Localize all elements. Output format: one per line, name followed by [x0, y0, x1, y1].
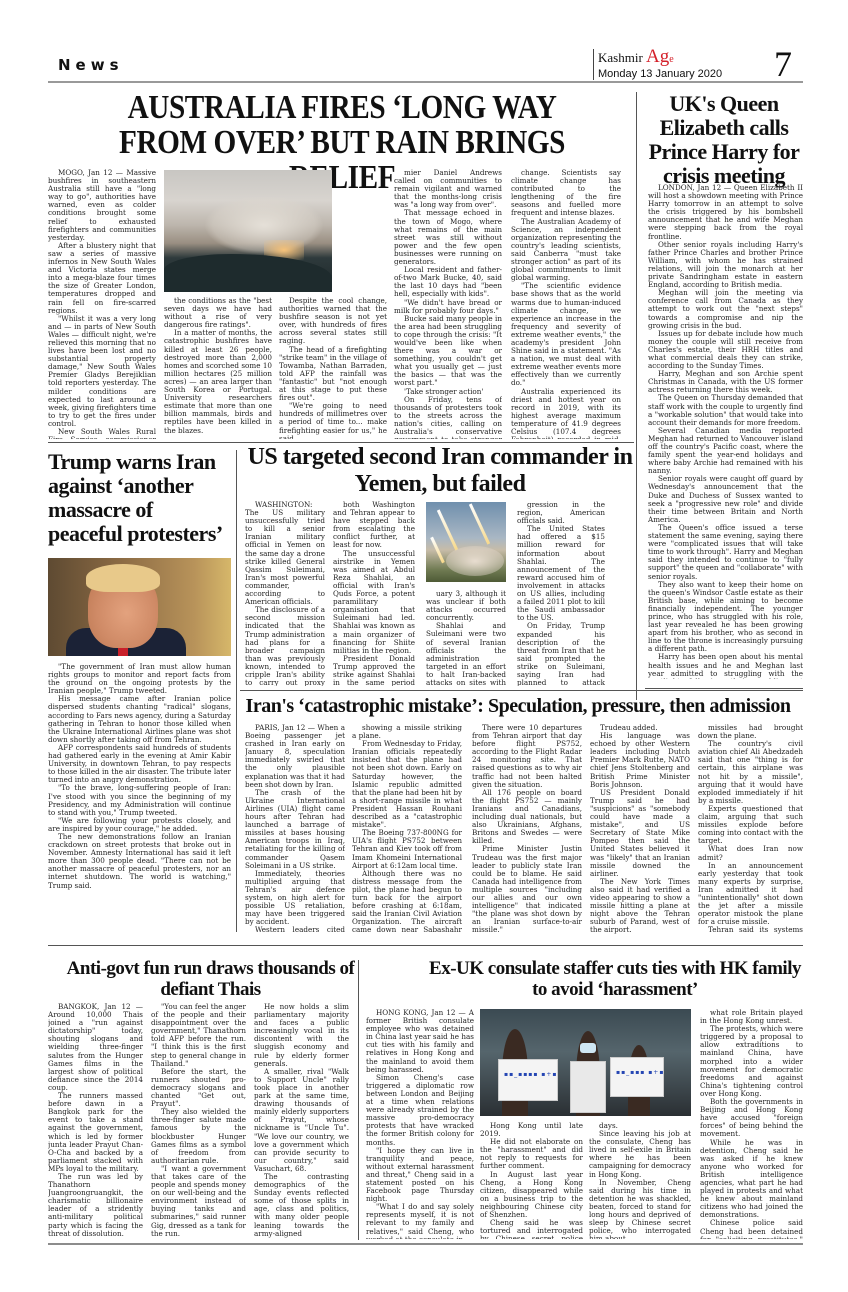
- section-divider: [48, 442, 634, 443]
- paragraph: "Whilst it was a very long and — in part…: [48, 315, 156, 428]
- paragraph: They also want to keep their home on the…: [648, 581, 803, 654]
- hk-column-3: days. Since leaving his job at the consu…: [589, 1122, 691, 1239]
- paragraph: The Boeing 737-800NG for UIA's flight PS…: [352, 829, 462, 869]
- paragraph: PARIS, Jan 12 — When a Boeing passenger …: [245, 724, 345, 789]
- paragraph: His language was echoed by other Western…: [590, 732, 690, 789]
- paragraph: That message echoed in the town of Mogo,…: [394, 209, 502, 266]
- paragraph: In November, Cheng said during his time …: [589, 1179, 691, 1239]
- paragraph: The unsuccessful airstrike in Yemen was …: [333, 550, 415, 655]
- brand-block: Kashmir Age Monday 13 January 2020: [593, 49, 722, 80]
- paragraph: He did not elaborate on the "harassment"…: [480, 1138, 583, 1170]
- section-divider: [240, 690, 803, 691]
- subheading: What does Iran now admit?: [698, 845, 803, 861]
- paragraph: In a matter of months, the catastrophic …: [164, 329, 272, 434]
- paragraph: Both the governments in Beijing and Hong…: [700, 1098, 803, 1138]
- queen-article-body: LONDON, Jan 12 — Queen Elizabeth II will…: [648, 184, 803, 679]
- logo-text-age: Ag: [646, 46, 669, 67]
- paragraph: On Friday, Trump expanded his descriptio…: [517, 622, 605, 686]
- yemen-headline: US targeted second Iran commander in Yem…: [240, 444, 640, 498]
- paragraph: showing a missile striking a plane.: [352, 724, 462, 740]
- paragraph: LONDON, Jan 12 — Queen Elizabeth II will…: [648, 184, 803, 241]
- iran-column-5: missiles had brought down the plane. The…: [698, 724, 803, 934]
- page-bottom-rule: [48, 1243, 803, 1245]
- column-divider: [358, 960, 359, 1240]
- hk-column-2: Hong Kong until late 2019. He did not el…: [480, 1122, 583, 1239]
- logo-text-kashmir: Kashmir: [598, 50, 643, 65]
- paragraph: All 176 people on board the flight PS752…: [472, 789, 582, 846]
- paragraph: Prime Minister Justin Trudeau was the fi…: [472, 845, 582, 934]
- paragraph: "The government of Iran must allow human…: [48, 663, 231, 695]
- paragraph: Several Canadian media reported Meghan h…: [648, 427, 803, 476]
- paragraph: The head of a firefighting "strike team"…: [279, 346, 387, 403]
- masthead-rule: [48, 81, 803, 83]
- section-divider: [645, 688, 803, 689]
- paragraph: "We are following your protests closely,…: [48, 817, 231, 833]
- paragraph: Hong Kong until late 2019.: [480, 1122, 583, 1138]
- paragraph: Tehran said its systems had been on high…: [698, 926, 803, 934]
- thai-headline: Anti-govt fun run draws thousands of def…: [48, 958, 373, 1000]
- paragraph: Shahlai and Suleimani were two of severa…: [426, 622, 506, 686]
- paragraph: The Queen's office issued a terse statem…: [648, 524, 803, 581]
- paragraph: "The scientific evidence base shows that…: [511, 282, 621, 387]
- thai-column-1: BANGKOK, Jan 12 — Around 10,000 Thais jo…: [48, 1003, 143, 1238]
- trump-article-body: "The government of Iran must allow human…: [48, 663, 231, 933]
- newspaper-logo: Kashmir Age: [598, 49, 722, 68]
- thai-column-3: He now holds a slim parliamentary majori…: [254, 1003, 349, 1238]
- paragraph: Cheng said he was tortured and interroga…: [480, 1219, 583, 1239]
- paragraph: While he was in detention, Cheng said he…: [700, 1139, 803, 1220]
- paragraph: "We're going to need hundreds of millime…: [279, 402, 387, 439]
- paragraph: Simon Cheng's case triggered a diplomati…: [366, 1074, 474, 1147]
- paragraph: The run was led by Thanathorn Juangroong…: [48, 1173, 143, 1238]
- paragraph: "I hope they can live in tranquility and…: [366, 1147, 474, 1204]
- paragraph: Although there was no distress message f…: [352, 870, 462, 934]
- paragraph: Other senior royals including Harry's fa…: [648, 241, 803, 290]
- paragraph: missiles had brought down the plane.: [698, 724, 803, 740]
- hk-column-1: HONG KONG, Jan 12 — A former British con…: [366, 1009, 474, 1239]
- missile-launch-photo: [426, 502, 506, 582]
- paragraph: The disclosure of a second mission indic…: [245, 606, 325, 686]
- paragraph: The new demonstrations follow an Iranian…: [48, 833, 231, 890]
- paragraph: MOGO, Jan 12 — Massive bushfires in sout…: [48, 169, 156, 242]
- paragraph: gression in the region, American officia…: [517, 501, 605, 525]
- paragraph: Since leaving his job at the consulate, …: [589, 1130, 691, 1179]
- australia-column-2: the conditions as the "best seven days w…: [164, 297, 272, 439]
- paragraph: Meghan will join the meeting via confere…: [648, 289, 803, 329]
- queen-headline: UK's Queen Elizabeth calls Prince Harry …: [645, 92, 803, 188]
- paragraph: The Australian Academy of Science, an in…: [511, 218, 621, 283]
- australia-column-4: mier Daniel Andrews called on communitie…: [394, 169, 502, 439]
- paragraph: On Friday, tens of thousands of proteste…: [394, 396, 502, 439]
- paragraph: "I want a government that takes care of …: [151, 1165, 246, 1238]
- iran-column-1: PARIS, Jan 12 — When a Boeing passenger …: [245, 724, 345, 934]
- paragraph: BANGKOK, Jan 12 — Around 10,000 Thais jo…: [48, 1003, 143, 1092]
- hk-protest-photo: ▪▪_▪▪▪▪ ▪+▪ ▪▪_▪▪▪ ▪+▪: [480, 1009, 691, 1116]
- paragraph: change. Scientists say climate change ha…: [511, 169, 621, 218]
- column-divider: [636, 92, 637, 700]
- hk-headline: Ex-UK consulate staffer cuts ties with H…: [420, 958, 810, 1000]
- iran-column-2: showing a missile striking a plane. From…: [352, 724, 462, 934]
- paragraph: His message came after Iranian police di…: [48, 695, 231, 744]
- paragraph: The Queen on Thursday demanded that staf…: [648, 394, 803, 426]
- paragraph: Experts questioned that claim, arguing t…: [698, 805, 803, 845]
- iran-mistake-headline: Iran's ‘catastrophic mistake’: Speculati…: [232, 694, 804, 718]
- yemen-column-3: uary 3, although it was unclear if both …: [426, 590, 506, 686]
- paragraph: both Washington and Tehran appear to hav…: [333, 501, 415, 550]
- yemen-column-1: WASHINGTON: The US military unsuccessful…: [245, 501, 325, 686]
- page-number: 7: [774, 46, 792, 82]
- paragraph: Harry, Meghan and son Archie spent Chris…: [648, 370, 803, 394]
- iran-column-4: Trudeau added. His language was echoed b…: [590, 724, 690, 934]
- australia-column-5: change. Scientists say climate change ha…: [511, 169, 621, 439]
- logo-text-e: e: [669, 54, 673, 65]
- paragraph: the conditions as the "best seven days w…: [164, 297, 272, 329]
- yemen-column-4: gression in the region, American officia…: [517, 501, 605, 686]
- paragraph: After a blustery night that saw a series…: [48, 242, 156, 315]
- paragraph: Australia experienced its driest and hot…: [511, 388, 621, 439]
- paragraph: The runners massed before dawn in a Bang…: [48, 1092, 143, 1173]
- paragraph: Senior royals were caught off guard by W…: [648, 475, 803, 524]
- paragraph: what role Britain played in the Hong Kon…: [700, 1009, 803, 1025]
- section-label: News: [58, 56, 124, 74]
- paragraph: In August last year Cheng, a Hong Kong c…: [480, 1171, 583, 1220]
- paragraph: uary 3, although it was unclear if both …: [426, 590, 506, 622]
- paragraph: "To the brave, long-suffering people of …: [48, 784, 231, 816]
- paragraph: The country's civil aviation chief Ali A…: [698, 740, 803, 805]
- paragraph: The New York Times also said it had veri…: [590, 878, 690, 934]
- column-divider: [236, 450, 237, 932]
- thai-column-2: "You can feel the anger of the people an…: [151, 1003, 246, 1238]
- paragraph: US President Donald Trump said he had "s…: [590, 789, 690, 878]
- paragraph: The contrasting demographics of the Sund…: [254, 1173, 349, 1238]
- australia-column-3: Despite the cool change, authorities war…: [279, 297, 387, 439]
- australia-column-1: MOGO, Jan 12 — Massive bushfires in sout…: [48, 169, 156, 439]
- paragraph: WASHINGTON: The US military unsuccessful…: [245, 501, 325, 606]
- paragraph: "We didn't have bread or milk for probab…: [394, 299, 502, 315]
- paragraph: He now holds a slim parliamentary majori…: [254, 1003, 349, 1068]
- paragraph: HONG KONG, Jan 12 — A former British con…: [366, 1009, 474, 1074]
- newspaper-page: News Kashmir Age Monday 13 January 2020 …: [0, 0, 848, 1292]
- paragraph: In an announcement early yesterday that …: [698, 862, 803, 927]
- paragraph: There were 10 departures from Tehran air…: [472, 724, 582, 789]
- paragraph: Issues up for debate include how much mo…: [648, 330, 803, 370]
- paragraph: Western leaders cited intelligence point…: [245, 926, 345, 934]
- iran-column-3: There were 10 departures from Tehran air…: [472, 724, 582, 934]
- issue-date: Monday 13 January 2020: [598, 68, 722, 80]
- paragraph: "What I do and say solely represents mys…: [366, 1203, 474, 1239]
- trump-photo: [48, 558, 231, 656]
- hk-column-4: what role Britain played in the Hong Kon…: [700, 1009, 803, 1239]
- paragraph: The crash of the Ukraine International A…: [245, 789, 345, 870]
- paragraph: Local resident and father-of-two Mark Bu…: [394, 266, 502, 298]
- paragraph: "You can feel the anger of the people an…: [151, 1003, 246, 1068]
- section-divider: [48, 945, 803, 946]
- paragraph: The protests, which were triggered by a …: [700, 1025, 803, 1098]
- paragraph: Immediately, theories multiplied arguing…: [245, 870, 345, 927]
- paragraph: They also wielded the three-finger salut…: [151, 1108, 246, 1165]
- paragraph: A smaller, rival "Walk to Support Uncle"…: [254, 1068, 349, 1173]
- paragraph: President Donald Trump approved the stri…: [333, 655, 415, 686]
- paragraph: Harry has been open about his mental hea…: [648, 653, 803, 679]
- paragraph: AFP correspondents said hundreds of stud…: [48, 744, 231, 784]
- paragraph: mier Daniel Andrews called on communitie…: [394, 169, 502, 209]
- paragraph: Bucke said many people in the area had b…: [394, 315, 502, 388]
- trump-headline: Trump warns Iran against ‘another massac…: [48, 450, 228, 546]
- yemen-column-2: both Washington and Tehran appear to hav…: [333, 501, 415, 686]
- paragraph: From Wednesday to Friday, Iranian offici…: [352, 740, 462, 829]
- paragraph: New South Wales Rural Fire Service commi…: [48, 428, 156, 439]
- paragraph: Chinese police said Cheng had been detai…: [700, 1219, 803, 1239]
- paragraph: The United States had offered a $15 mill…: [517, 525, 605, 622]
- paragraph: Despite the cool change, authorities war…: [279, 297, 387, 346]
- bushfire-photo: [164, 170, 332, 292]
- paragraph: Before the start, the runners shouted pr…: [151, 1068, 246, 1108]
